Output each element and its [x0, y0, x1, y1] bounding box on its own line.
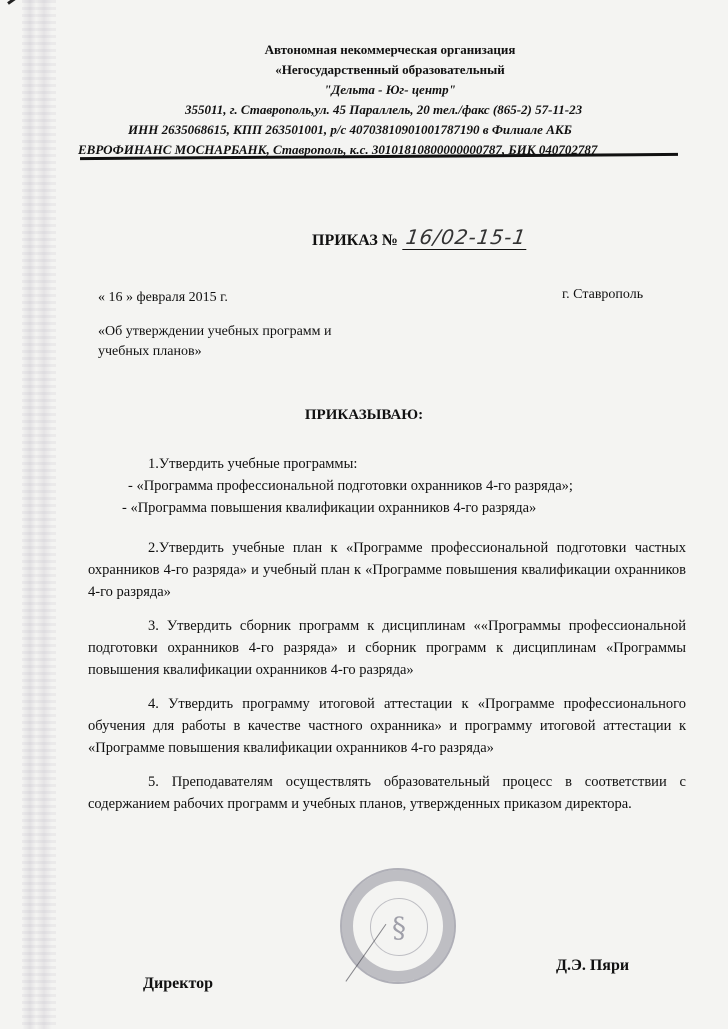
item-3: 3. Утвердить сборник программ к дисципли…	[88, 615, 686, 681]
org-type: Автономная некоммерческая организация	[80, 40, 700, 60]
decree-heading: ПРИКАЗЫВАЮ:	[0, 407, 728, 424]
order-city: г. Ставрополь	[562, 287, 643, 303]
item-5: 5. Преподавателям осуществлять образоват…	[88, 771, 686, 815]
order-heading: ПРИКАЗ № 16/02-15-1	[312, 225, 528, 250]
signatory-position: Директор	[143, 975, 213, 993]
order-body: 1.Утвердить учебные программы: - «Програ…	[118, 453, 686, 815]
item-1-sub-1: - «Программа профессиональной подготовки…	[88, 475, 686, 497]
org-name: "Дельта - Юг- центр"	[80, 80, 700, 100]
subject-line-1: «Об утверждении учебных программ и	[98, 322, 398, 342]
signatory-name: Д.Э. Пяри	[556, 957, 629, 975]
subject-line-2: учебных планов»	[98, 342, 398, 362]
org-requisites: ИНН 2635068615, КПП 263501001, р/с 40703…	[80, 120, 700, 140]
item-1-sub-2: - «Программа повышения квалификации охра…	[118, 497, 686, 519]
order-subject: «Об утверждении учебных программ и учебн…	[98, 322, 398, 362]
letterhead: Автономная некоммерческая организация «Н…	[80, 40, 700, 160]
order-date: « 16 » февраля 2015 г.	[98, 290, 228, 306]
org-name-line: «Негосударственный образовательный	[80, 60, 700, 80]
scan-artifact-streak	[22, 0, 56, 1029]
org-address: 355011, г. Ставрополь,ул. 45 Параллель, …	[80, 100, 700, 120]
order-title: ПРИКАЗ №	[312, 232, 398, 250]
item-1: 1.Утвердить учебные программы:	[118, 453, 686, 475]
item-2: 2.Утвердить учебные план к «Программе пр…	[88, 537, 686, 603]
order-number: 16/02-15-1	[402, 225, 530, 250]
item-4: 4. Утвердить программу итоговой аттестац…	[88, 693, 686, 759]
